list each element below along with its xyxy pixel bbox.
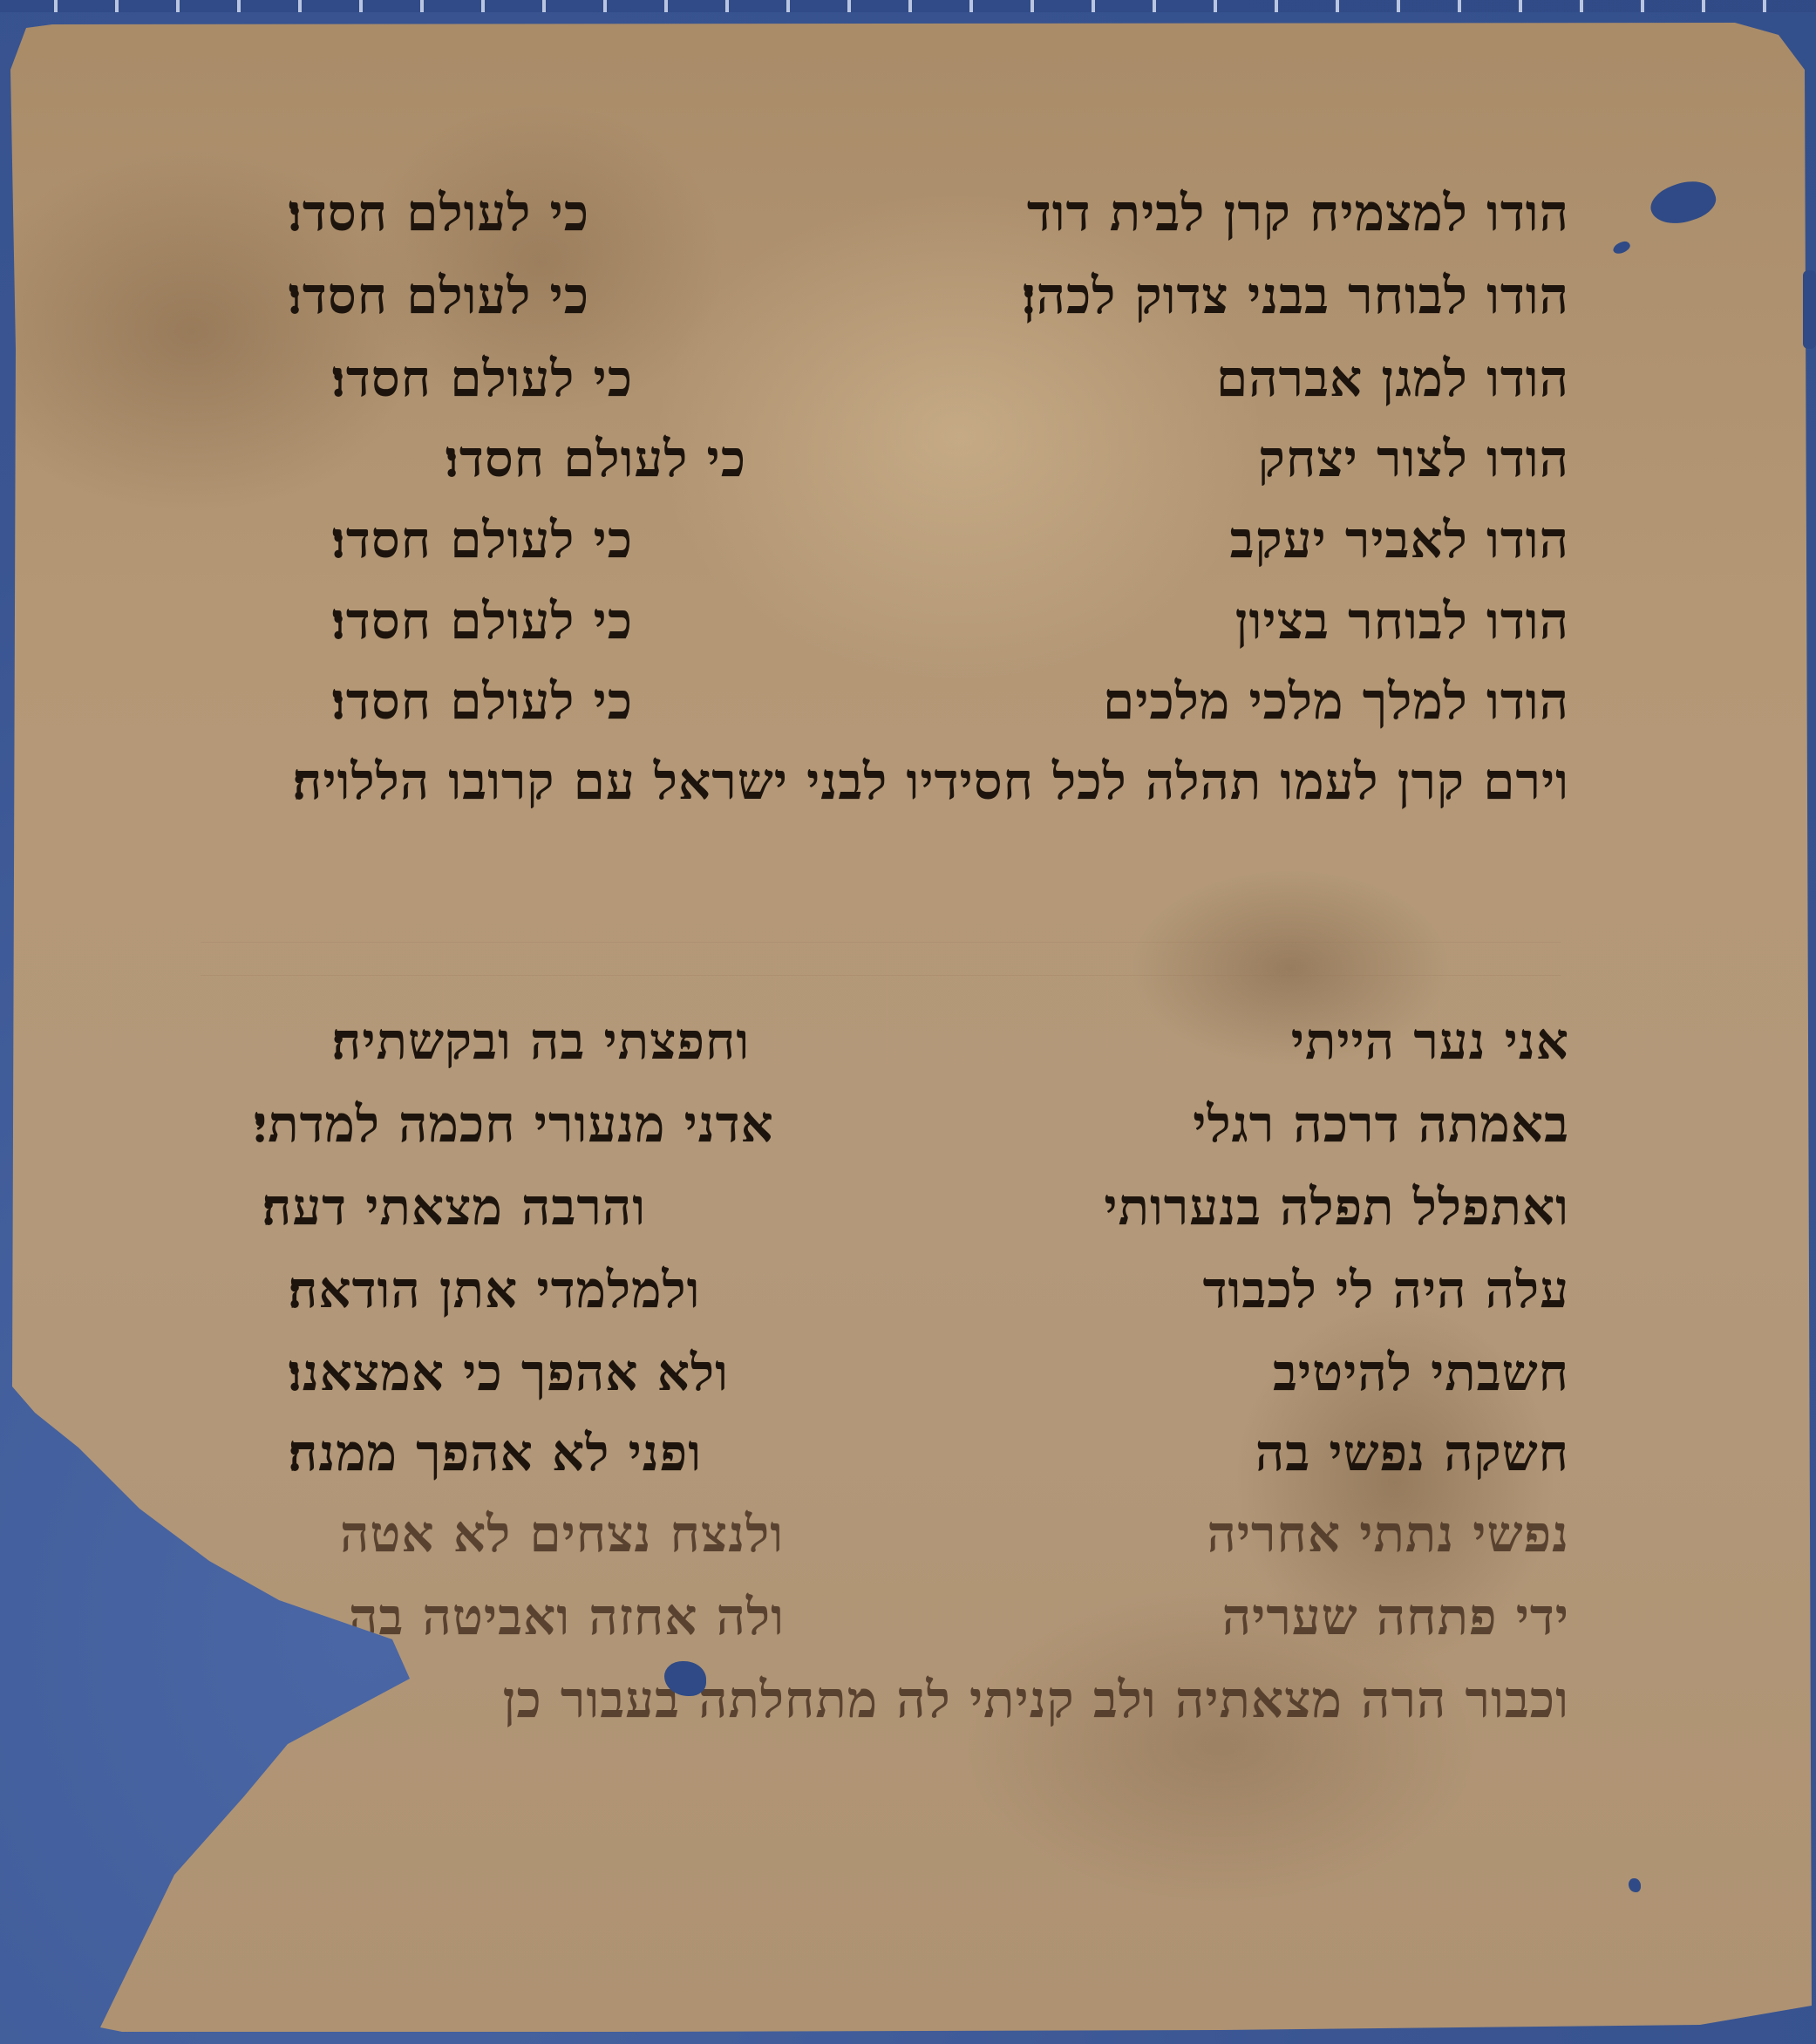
closing-verse: וירם קרן לעמו תהלה לכל חסידיו לבני ישראל… xyxy=(292,752,1569,811)
line-second-hemistich: ולנצח נצחים לא אטה xyxy=(340,1504,784,1564)
line-first-hemistich: הודו למצמיח קרן לבית דוד xyxy=(1027,183,1569,242)
manuscript-line: הודו לצור יצחק כי לעולם חסדו׃ xyxy=(122,429,1569,513)
manuscript-line: הודו למגן אברהם כי לעולם חסדו׃ xyxy=(122,349,1569,433)
line-second-hemistich: והרבה מצאתי דעה׃ xyxy=(262,1177,646,1237)
manuscript-line-closing: וירם קרן לעמו תהלה לכל חסידיו לבני ישראל… xyxy=(122,752,1569,835)
line-second-hemistich: כי לעולם חסדו׃ xyxy=(331,510,633,569)
line-second-hemistich: וחפצתי בה ובקשתיה׃ xyxy=(331,1012,750,1071)
line-first-hemistich: נפשי נתתי אחריה xyxy=(1207,1504,1569,1564)
line-second-hemistich: ופני לא אהפך ממנה׃ xyxy=(288,1423,702,1482)
manuscript-line: נפשי נתתי אחריה ולנצח נצחים לא אטה xyxy=(122,1504,1569,1588)
line-second-hemistich: כי לעולם חסדו׃ xyxy=(288,183,589,242)
line-second-hemistich: כי לעולם חסדו׃ xyxy=(288,266,589,325)
manuscript-line: הודו לאביר יעקב כי לעולם חסדו׃ xyxy=(122,510,1569,594)
line-first-hemistich: הודו למגן אברהם xyxy=(1216,349,1569,408)
ruling-line xyxy=(201,975,1561,976)
closing-verse: וכבור הרה מצאתיה ולב קניתי לה מתחלתה בעב… xyxy=(503,1670,1569,1729)
manuscript-line: חשבתי להיטיב ולא אהפך כי אמצאנו׃ xyxy=(122,1343,1569,1427)
line-second-hemistich: כי לעולם חסדו׃ xyxy=(445,429,746,488)
line-second-hemistich: אדני מנעורי חכמה למדתי׃ xyxy=(253,1094,774,1154)
line-first-hemistich: הודו לאביר יעקב xyxy=(1230,510,1569,569)
ruling-line xyxy=(201,942,1561,943)
line-second-hemistich: ולא אהפך כי אמצאנו׃ xyxy=(288,1343,729,1402)
line-second-hemistich: כי לעולם חסדו׃ xyxy=(331,349,633,408)
line-second-hemistich: ולה אחזה ואביטה בה xyxy=(349,1587,785,1646)
line-second-hemistich: כי לעולם חסדו׃ xyxy=(331,671,633,731)
leaf-hole xyxy=(1803,270,1816,349)
line-first-hemistich: הודו למלך מלכי מלכים xyxy=(1103,671,1569,731)
manuscript-line: חשקה נפשי בה ופני לא אהפך ממנה׃ xyxy=(122,1423,1569,1507)
manuscript-line: הודו למלך מלכי מלכים כי לעולם חסדו׃ xyxy=(122,671,1569,755)
line-second-hemistich: ולמלמדי אתן הודאה׃ xyxy=(288,1260,700,1319)
manuscript-line: ואתפלל תפלה בנערותי והרבה מצאתי דעה׃ xyxy=(122,1177,1569,1261)
line-first-hemistich: עלה היה לי לכבוד xyxy=(1203,1260,1569,1319)
manuscript-line: באמתה דרכה רגלי אדני מנעורי חכמה למדתי׃ xyxy=(122,1094,1569,1178)
manuscript-line: הודו לבוחר בבני צדוק לכהן׃ כי לעולם חסדו… xyxy=(122,266,1569,350)
line-first-hemistich: חשקה נפשי בה xyxy=(1255,1423,1569,1482)
line-first-hemistich: חשבתי להיטיב xyxy=(1273,1343,1569,1402)
manuscript-line: הודו למצמיח קרן לבית דוד כי לעולם חסדו׃ xyxy=(122,183,1569,267)
manuscript-line: עלה היה לי לכבוד ולמלמדי אתן הודאה׃ xyxy=(122,1260,1569,1344)
line-first-hemistich: הודו לבוחר בציון xyxy=(1235,591,1569,651)
line-first-hemistich: באמתה דרכה רגלי xyxy=(1193,1094,1569,1154)
line-first-hemistich: הודו לבוחר בבני צדוק לכהן׃ xyxy=(1022,266,1569,325)
line-first-hemistich: הודו לצור יצחק xyxy=(1258,429,1569,488)
leaf-hole xyxy=(1629,1878,1641,1892)
top-stitched-edge xyxy=(0,0,1816,12)
manuscript-line: הודו לבוחר בציון כי לעולם חסדו׃ xyxy=(122,591,1569,675)
line-first-hemistich: ידי פתחה שעריה xyxy=(1222,1587,1569,1646)
line-first-hemistich: ואתפלל תפלה בנערותי xyxy=(1104,1177,1569,1237)
manuscript-line: אני נער הייתי וחפצתי בה ובקשתיה׃ xyxy=(122,1012,1569,1095)
line-first-hemistich: אני נער הייתי xyxy=(1291,1012,1569,1071)
line-second-hemistich: כי לעולם חסדו׃ xyxy=(331,591,633,651)
